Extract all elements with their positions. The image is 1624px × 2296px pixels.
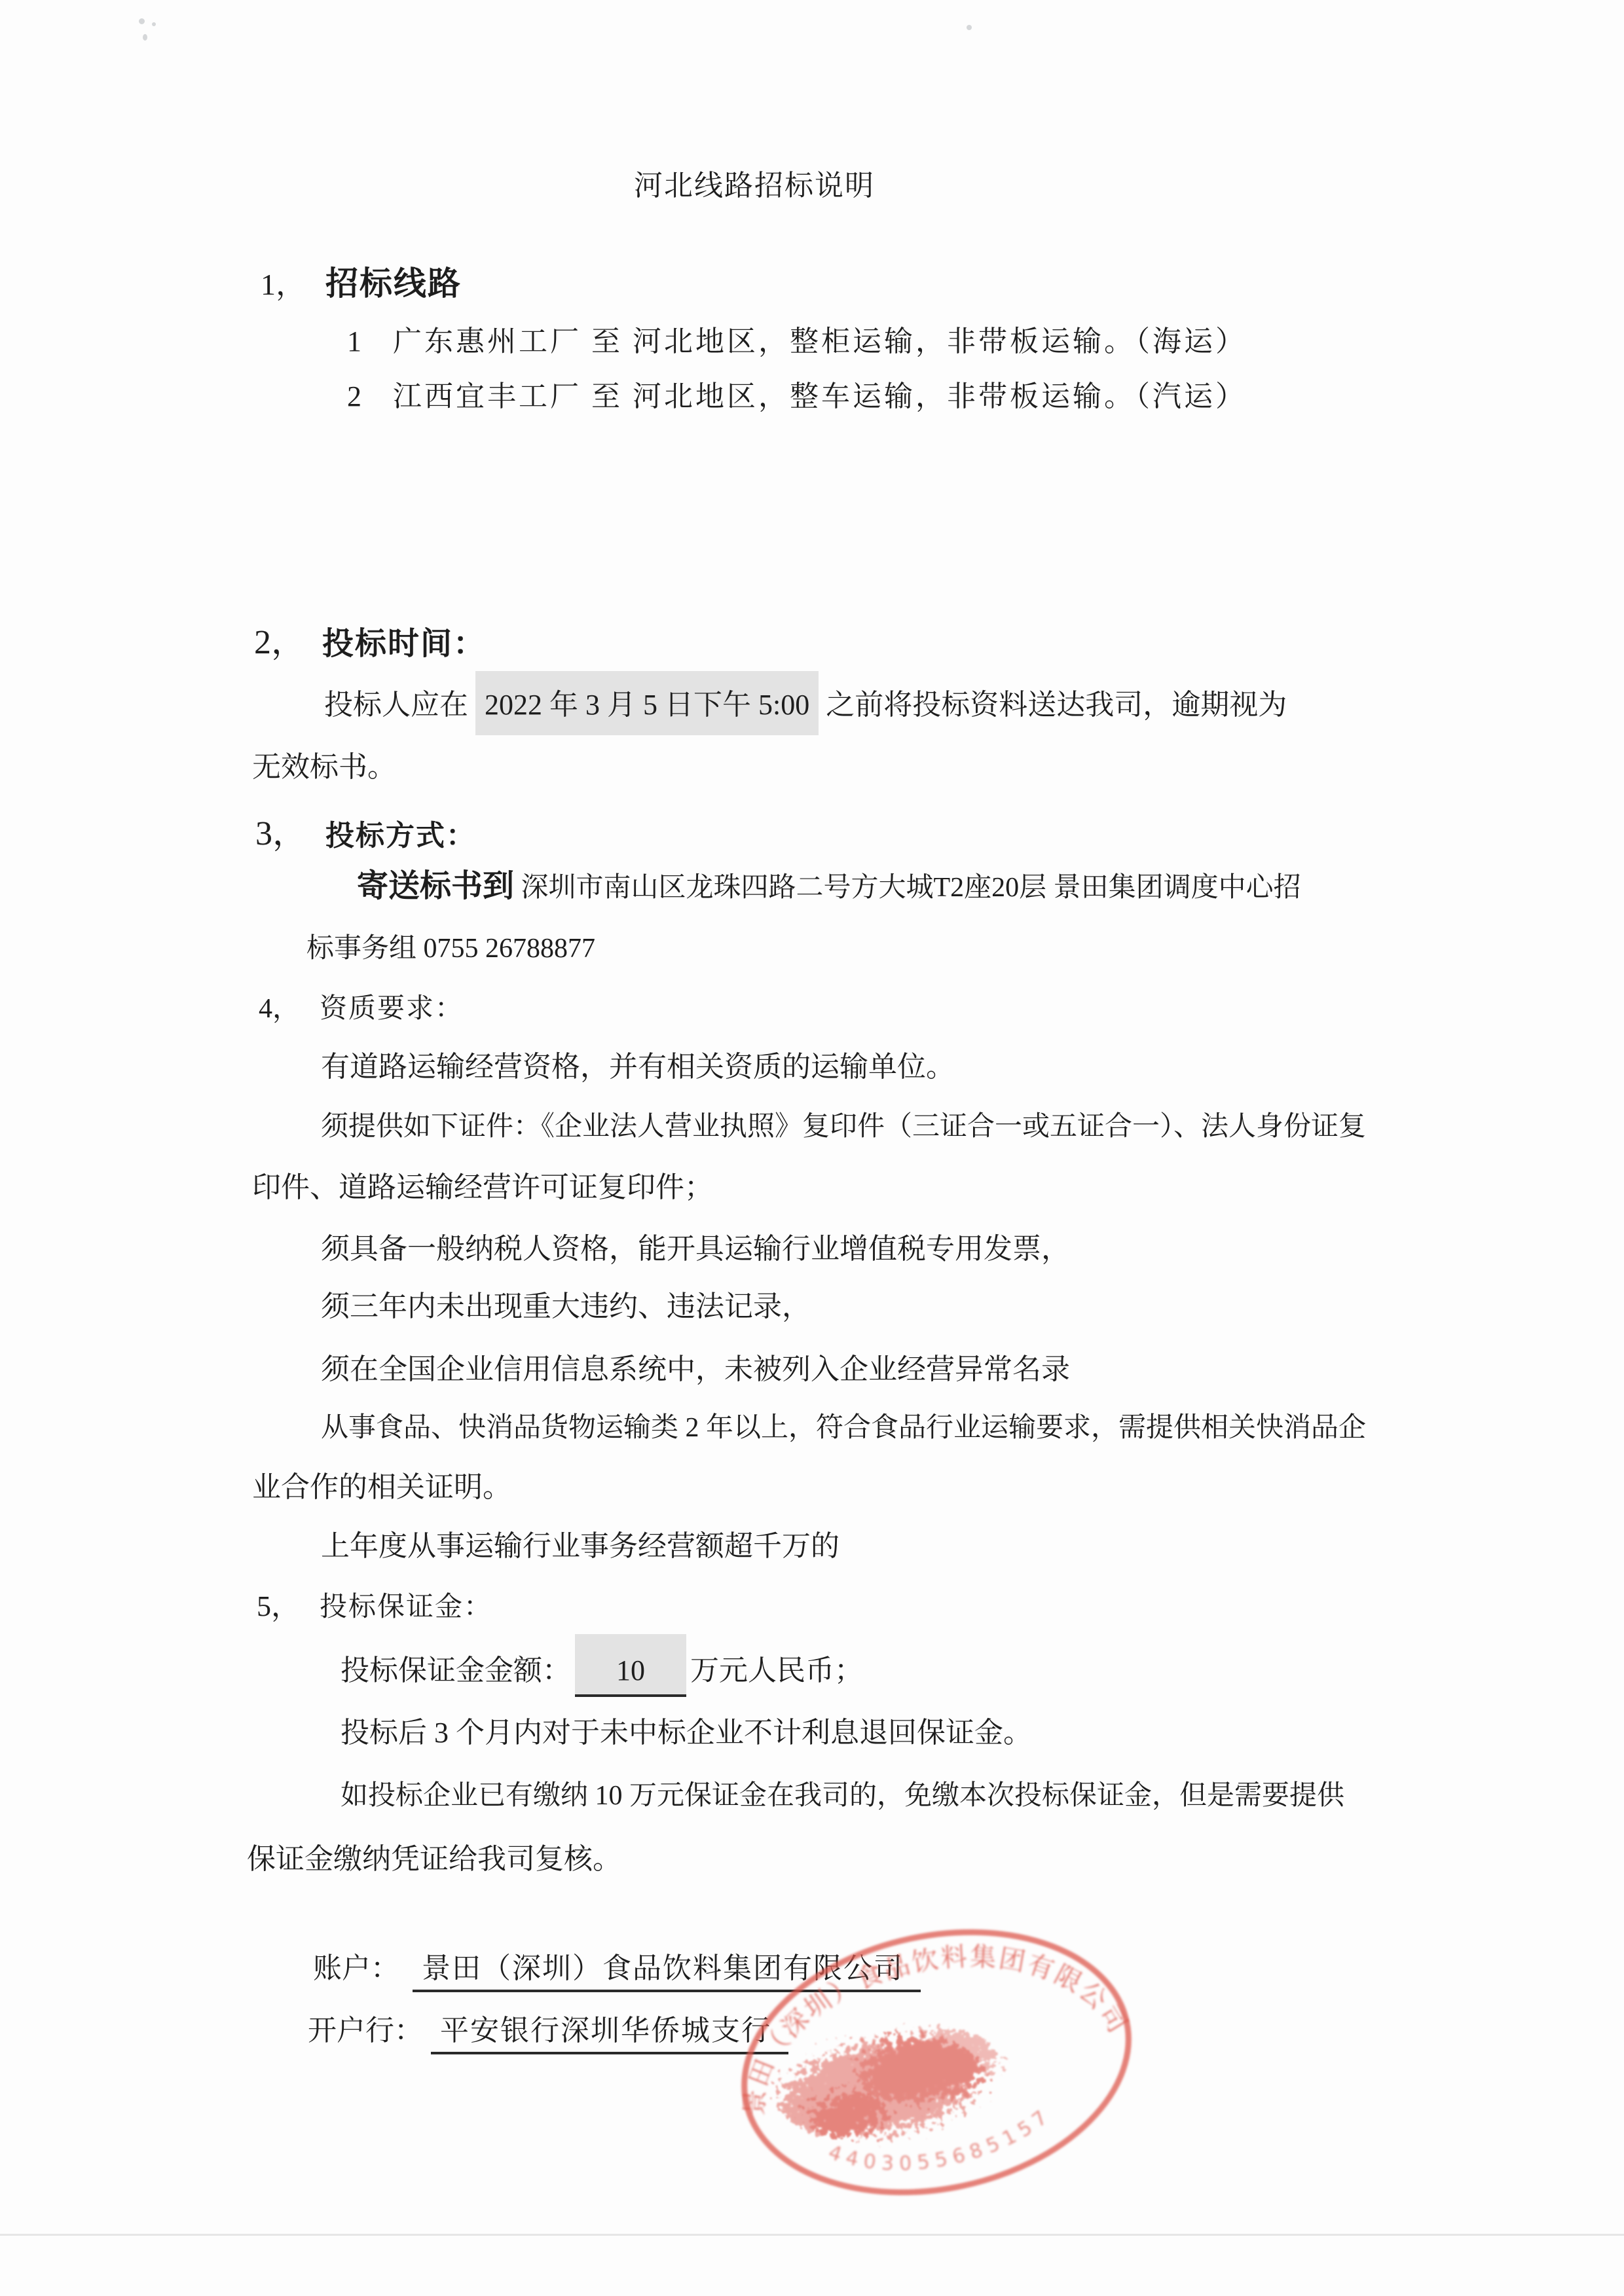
deposit-amount-value: 10 — [575, 1634, 686, 1697]
deposit-line: 投标后 3 个月内对于未中标企业不计利息退回保证金。 — [341, 1719, 1032, 1747]
mailing-label: 寄送标书到 — [357, 869, 514, 903]
scan-artifact — [139, 18, 145, 24]
section2-number: 2， — [254, 626, 305, 660]
qualification-line: 须具备一般纳税人资格，能开具运输行业增值税专用发票， — [321, 1235, 1070, 1264]
deposit-line: 保证金缴纳凭证给我司复核。 — [247, 1845, 621, 1874]
account-label: 账户： — [313, 1952, 399, 1984]
route-item-number: 1 — [347, 325, 361, 357]
deadline-suffix: 之前将投标资料送达我司，逾期视为 — [819, 689, 1287, 721]
scan-artifact — [152, 22, 156, 26]
route-item: 2江西宜丰工厂 至 河北地区，整车运输，非带板运输。（汽运） — [347, 382, 1247, 411]
qualification-line: 从事食品、快消品货物运输类 2 年以上，符合食品行业运输要求，需提供相关快消品企 — [321, 1414, 1366, 1442]
document-page: 河北线路招标说明 1， 招标线路 1广东惠州工厂 至 河北地区，整柜运输，非带板… — [0, 0, 1624, 2296]
qualification-line: 须三年内未出现重大违约、违法记录， — [321, 1292, 811, 1321]
deposit-amount-label: 投标保证金金额： — [341, 1654, 571, 1686]
qualification-line: 印件、道路运输经营许可证复印件； — [252, 1173, 713, 1202]
route-item-text: 江西宜丰工厂 至 河北地区，整车运输，非带板运输。（汽运） — [393, 380, 1247, 412]
section3-number: 3， — [255, 817, 306, 851]
company-stamp-icon: 景田（深圳）食品饮料集团有限公司 4403055685157 — [724, 1908, 1149, 2216]
bid-deadline-paragraph: 投标人应在 2022 年 3 月 5 日下午 5:00 之前将投标资料送达我司，… — [324, 691, 1287, 720]
qualification-line: 上年度从事运输行业事务经营额超千万的 — [321, 1532, 840, 1561]
section5-number: 5， — [257, 1592, 300, 1621]
scan-artifact — [143, 34, 147, 41]
qualification-line: 须在全国企业信用信息系统中，未被列入企业经营异常名录 — [321, 1355, 1070, 1384]
section4-number: 4， — [259, 995, 300, 1023]
mailing-address-line: 寄送标书到 深圳市南山区龙珠四路二号方大城T2座20层 景田集团调度中心招 — [357, 871, 1301, 902]
bid-deadline-paragraph-cont: 无效标书。 — [252, 753, 396, 782]
page-title: 河北线路招标说明 — [634, 172, 875, 200]
qualification-line: 有道路运输经营资格，并有相关资质的运输单位。 — [321, 1053, 955, 1082]
deposit-amount-suffix: 万元人民币； — [690, 1654, 863, 1686]
qualification-line: 业合作的相关证明。 — [252, 1473, 511, 1502]
section4-heading: 资质要求： — [320, 995, 464, 1023]
bank-label: 开户行： — [308, 2014, 423, 2047]
scan-hairline — [0, 2234, 1624, 2236]
section5-heading: 投标保证金： — [320, 1594, 492, 1621]
section2-heading: 投标时间： — [322, 629, 486, 660]
deadline-prefix: 投标人应在 — [324, 689, 475, 721]
mailing-address: 深圳市南山区龙珠四路二号方大城T2座20层 景田集团调度中心招 — [514, 873, 1301, 903]
route-item-number: 2 — [347, 380, 361, 412]
deadline-highlight: 2022 年 3 月 5 日下午 5:00 — [475, 671, 819, 735]
scan-artifact — [967, 25, 972, 30]
deposit-amount-line: 投标保证金金额：10万元人民币； — [341, 1656, 863, 1688]
route-item-text: 广东惠州工厂 至 河北地区，整柜运输，非带板运输。（海运） — [393, 325, 1247, 357]
qualification-line: 须提供如下证件：《企业法人营业执照》复印件（三证合一或五证合一）、法人身份证复 — [321, 1113, 1366, 1140]
bank-line: 开户行：平安银行深圳华侨城支行 — [308, 2016, 788, 2054]
mailing-address-cont: 标事务组 0755 26788877 — [306, 935, 595, 962]
route-item: 1广东惠州工厂 至 河北地区，整柜运输，非带板运输。（海运） — [347, 327, 1247, 356]
deposit-line: 如投标企业已有缴纳 10 万元保证金在我司的，免缴本次投标保证金，但是需要提供 — [341, 1782, 1344, 1810]
section3-heading: 投标方式： — [325, 822, 476, 850]
section1-number: 1， — [261, 270, 306, 300]
section1-heading: 招标线路 — [325, 267, 462, 300]
